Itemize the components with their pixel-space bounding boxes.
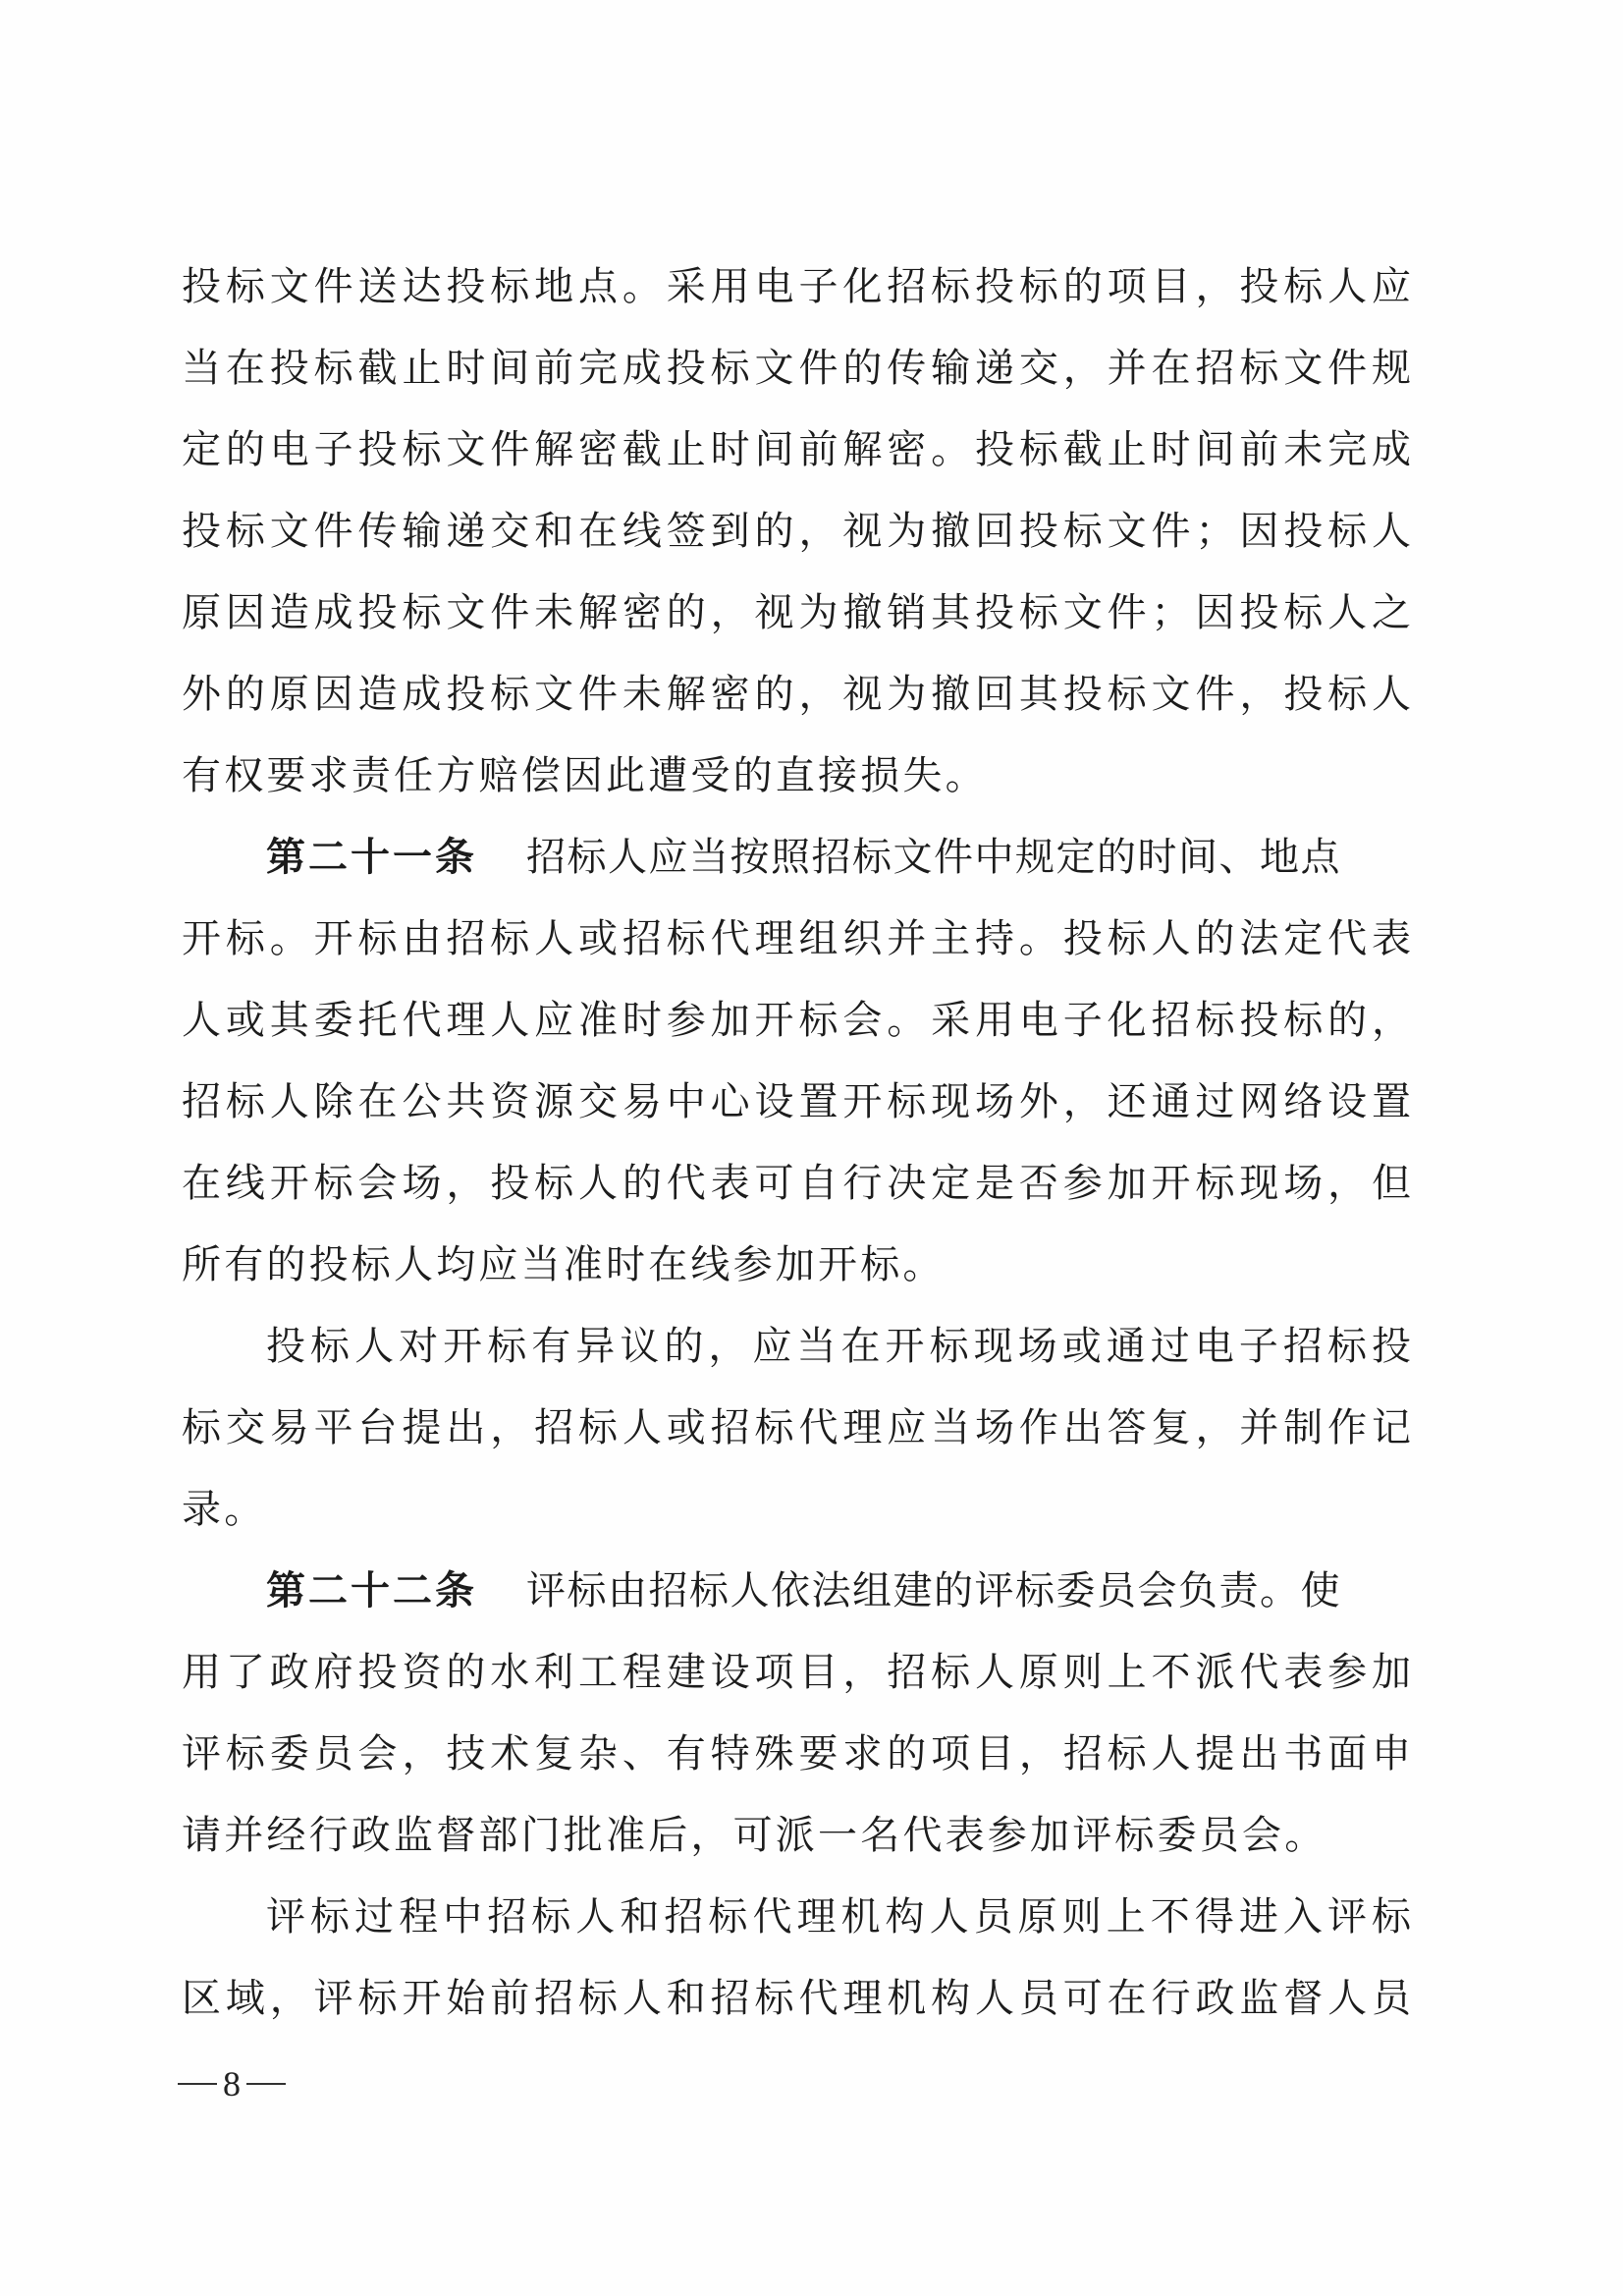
text-line-7: 有权要求责任方赔偿因此遭受的直接损失。 bbox=[182, 736, 1411, 817]
text-line-9: 开标。开标由招标人或招标代理组织并主持。投标人的法定代表 bbox=[182, 899, 1411, 980]
text-line-14: 投标人对开标有异议的，应当在开标现场或通过电子招标投 bbox=[266, 1306, 1411, 1388]
text-line-2: 当在投标截止时间前完成投标文件的传输递交，并在招标文件规 bbox=[182, 328, 1411, 410]
text-line-15: 标交易平台提出，招标人或招标代理应当场作出答复，并制作记 bbox=[182, 1388, 1411, 1469]
text-line-16: 录。 bbox=[182, 1469, 1411, 1551]
text-line-21: 评标过程中招标人和招标代理机构人员原则上不得进入评标 bbox=[266, 1877, 1411, 1958]
article-22-heading: 第二十二条 bbox=[266, 1568, 477, 1613]
text-line-5: 原因造成投标文件未解密的，视为撤销其投标文件；因投标人之 bbox=[182, 573, 1411, 654]
article-21-heading: 第二十一条 bbox=[266, 835, 477, 880]
text-line-22: 区域，评标开始前招标人和招标代理机构人员可在行政监督人员 bbox=[182, 1958, 1411, 2040]
page-number-value: 8 bbox=[223, 2062, 241, 2105]
document-page: 投标文件送达投标地点。采用电子化招标投标的项目，投标人应 当在投标截止时间前完成… bbox=[0, 0, 1623, 2296]
text-line-12: 在线开标会场，投标人的代表可自行决定是否参加开标现场，但 bbox=[182, 1143, 1411, 1225]
article-21-line: 第二十一条招标人应当按照招标文件中规定的时间、地点 bbox=[266, 817, 1411, 899]
text-line-13: 所有的投标人均应当准时在线参加开标。 bbox=[182, 1225, 1411, 1306]
page-number: 8 bbox=[172, 2062, 292, 2105]
dash-right bbox=[246, 2083, 286, 2085]
text-line-18: 用了政府投资的水利工程建设项目，招标人原则上不派代表参加 bbox=[182, 1632, 1411, 1714]
text-line-3: 定的电子投标文件解密截止时间前解密。投标截止时间前未完成 bbox=[182, 410, 1411, 491]
article-22-line: 第二十二条评标由招标人依法组建的评标委员会负责。使 bbox=[266, 1551, 1411, 1632]
article-22-text: 评标由招标人依法组建的评标委员会负责。使 bbox=[526, 1568, 1341, 1613]
text-line-6: 外的原因造成投标文件未解密的，视为撤回其投标文件，投标人 bbox=[182, 654, 1411, 736]
text-line-1: 投标文件送达投标地点。采用电子化招标投标的项目，投标人应 bbox=[182, 246, 1411, 328]
text-line-19: 评标委员会，技术复杂、有特殊要求的项目，招标人提出书面申 bbox=[182, 1714, 1411, 1795]
text-line-4: 投标文件传输递交和在线签到的，视为撤回投标文件；因投标人 bbox=[182, 491, 1411, 573]
article-21-text: 招标人应当按照招标文件中规定的时间、地点 bbox=[526, 835, 1341, 880]
text-line-10: 人或其委托代理人应准时参加开标会。采用电子化招标投标的， bbox=[182, 980, 1411, 1062]
text-line-20: 请并经行政监督部门批准后，可派一名代表参加评标委员会。 bbox=[182, 1795, 1411, 1877]
text-line-11: 招标人除在公共资源交易中心设置开标现场外，还通过网络设置 bbox=[182, 1062, 1411, 1143]
dash-left bbox=[178, 2083, 217, 2085]
